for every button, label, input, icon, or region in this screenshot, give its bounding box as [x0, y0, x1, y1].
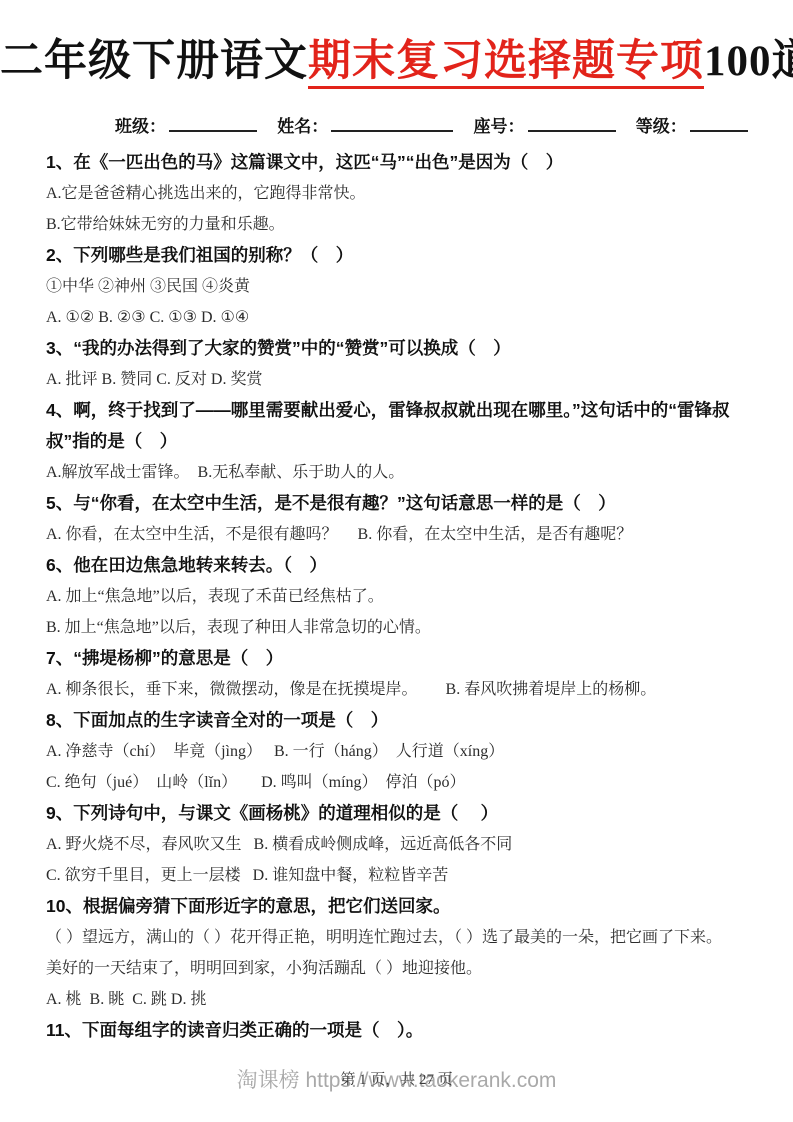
question-9-option: A. 野火烧不尽，春风吹又生 B. 横看成岭侧成峰，远近高低各不同: [46, 829, 760, 860]
field-name: 姓名：: [277, 112, 469, 137]
title-black-suffix: 100道: [704, 38, 793, 85]
question-1-option: A.它是爸爸精心挑选出来的，它跑得非常快。: [46, 178, 760, 209]
question-9: 9、下列诗句中，与课文《画杨桃》的道理相似的是（ ） A. 野火烧不尽，春风吹又…: [46, 798, 760, 891]
student-info-row: 班级： 姓名： 座号： 等级：: [115, 112, 748, 137]
question-2-option: A. ①② B. ②③ C. ①③ D. ①④: [46, 302, 760, 333]
question-10-option: A. 桃 B. 眺 C. 跳 D. 挑: [46, 984, 760, 1015]
question-7-option: A. 柳条很长，垂下来，微微摆动，像是在抚摸堤岸。 B. 春风吹拂着堤岸上的杨柳…: [46, 674, 760, 705]
field-grade-blank: [690, 116, 748, 132]
question-6-option: B. 加上“焦急地”以后，表现了种田人非常急切的心情。: [46, 612, 760, 643]
field-seat: 座号：: [474, 112, 632, 137]
field-name-blank: [331, 116, 453, 132]
question-4: 4、啊，终于找到了——哪里需要献出爱心，雷锋叔叔就出现在哪里。”这句话中的“雷锋…: [46, 395, 760, 488]
field-grade: 等级：: [636, 112, 748, 137]
field-class-label: 班级：: [115, 117, 166, 136]
question-4-option: A.解放军战士雷锋。 B.无私奉献、乐于助人的人。: [46, 457, 760, 488]
question-10-header: 10、根据偏旁猜下面形近字的意思，把它们送回家。: [46, 891, 760, 922]
question-1-option: B.它带给妹妹无穷的力量和乐趣。: [46, 209, 760, 240]
question-11: 11、下面每组字的读音归类正确的一项是（ ）。: [46, 1015, 760, 1046]
question-8-option: C. 绝句（jué） 山岭（lǐn） D. 鸣叫（míng） 停泊（pó）: [46, 767, 760, 798]
question-1: 1、在《一匹出色的马》这篇课文中，这匹“马”“出色”是因为（ ） A.它是爸爸精…: [46, 147, 760, 240]
question-7-header: 7、“拂堤杨柳”的意思是（ ）: [46, 643, 760, 674]
question-2-header: 2、下列哪些是我们祖国的别称？（ ）: [46, 240, 760, 271]
title-black-prefix: 二年级下册语文: [0, 38, 308, 85]
question-3: 3、“我的办法得到了大家的赞赏”中的“赞赏”可以换成（ ） A. 批评 B. 赞…: [46, 333, 760, 395]
question-8-option: A. 净慈寺（chí） 毕竟（jìng） B. 一行（háng） 人行道（xín…: [46, 736, 760, 767]
question-4-header: 4、啊，终于找到了——哪里需要献出爱心，雷锋叔叔就出现在哪里。”这句话中的“雷锋…: [46, 395, 760, 457]
question-11-header: 11、下面每组字的读音归类正确的一项是（ ）。: [46, 1015, 760, 1046]
question-8: 8、下面加点的生字读音全对的一项是（ ） A. 净慈寺（chí） 毕竟（jìng…: [46, 705, 760, 798]
question-10: 10、根据偏旁猜下面形近字的意思，把它们送回家。 （ ）望远方，满山的（ ）花开…: [46, 891, 760, 1015]
question-2-items: ①中华 ②神州 ③民国 ④炎黄: [46, 271, 760, 302]
question-9-option: C. 欲穷千里目，更上一层楼 D. 谁知盘中餐，粒粒皆辛苦: [46, 860, 760, 891]
question-2: 2、下列哪些是我们祖国的别称？（ ） ①中华 ②神州 ③民国 ④炎黄 A. ①②…: [46, 240, 760, 333]
question-3-header: 3、“我的办法得到了大家的赞赏”中的“赞赏”可以换成（ ）: [46, 333, 760, 364]
question-8-header: 8、下面加点的生字读音全对的一项是（ ）: [46, 705, 760, 736]
question-3-option: A. 批评 B. 赞同 C. 反对 D. 奖赏: [46, 364, 760, 395]
field-name-label: 姓名：: [277, 117, 328, 136]
field-grade-label: 等级：: [636, 117, 687, 136]
field-class-blank: [169, 116, 257, 132]
question-9-header: 9、下列诗句中，与课文《画杨桃》的道理相似的是（ ）: [46, 798, 760, 829]
page-number: 第 1 页，共 27 页: [340, 1068, 453, 1089]
question-10-text: 美好的一天结束了，明明回到家，小狗活蹦乱（ ）地迎接他。: [46, 953, 760, 984]
question-6: 6、他在田边焦急地转来转去。（ ） A. 加上“焦急地”以后，表现了禾苗已经焦枯…: [46, 550, 760, 643]
question-5-option: A. 你看，在太空中生活，不是很有趣吗？ B. 你看，在太空中生活，是否有趣呢？: [46, 519, 760, 550]
field-seat-blank: [528, 116, 616, 132]
field-seat-label: 座号：: [474, 117, 525, 136]
question-5: 5、与“你看，在太空中生活，是不是很有趣？”这句话意思一样的是（ ） A. 你看…: [46, 488, 760, 550]
question-7: 7、“拂堤杨柳”的意思是（ ） A. 柳条很长，垂下来，微微摆动，像是在抚摸堤岸…: [46, 643, 760, 705]
question-1-header: 1、在《一匹出色的马》这篇课文中，这匹“马”“出色”是因为（ ）: [46, 147, 760, 178]
page-title: 二年级下册语文期末复习选择题专项100道: [0, 36, 793, 88]
question-6-option: A. 加上“焦急地”以后，表现了禾苗已经焦枯了。: [46, 581, 760, 612]
field-class: 班级：: [115, 112, 273, 137]
question-list: 1、在《一匹出色的马》这篇课文中，这匹“马”“出色”是因为（ ） A.它是爸爸精…: [46, 147, 760, 1046]
question-6-header: 6、他在田边焦急地转来转去。（ ）: [46, 550, 760, 581]
question-5-header: 5、与“你看，在太空中生活，是不是很有趣？”这句话意思一样的是（ ）: [46, 488, 760, 519]
title-red-highlight: 期末复习选择题专项: [308, 38, 704, 89]
question-10-text: （ ）望远方，满山的（ ）花开得正艳，明明连忙跑过去，（ ）选了最美的一朵，把它…: [46, 922, 760, 953]
page-footer: 淘课榜 https://www.taokerank.com 第 1 页，共 27…: [0, 1058, 793, 1102]
